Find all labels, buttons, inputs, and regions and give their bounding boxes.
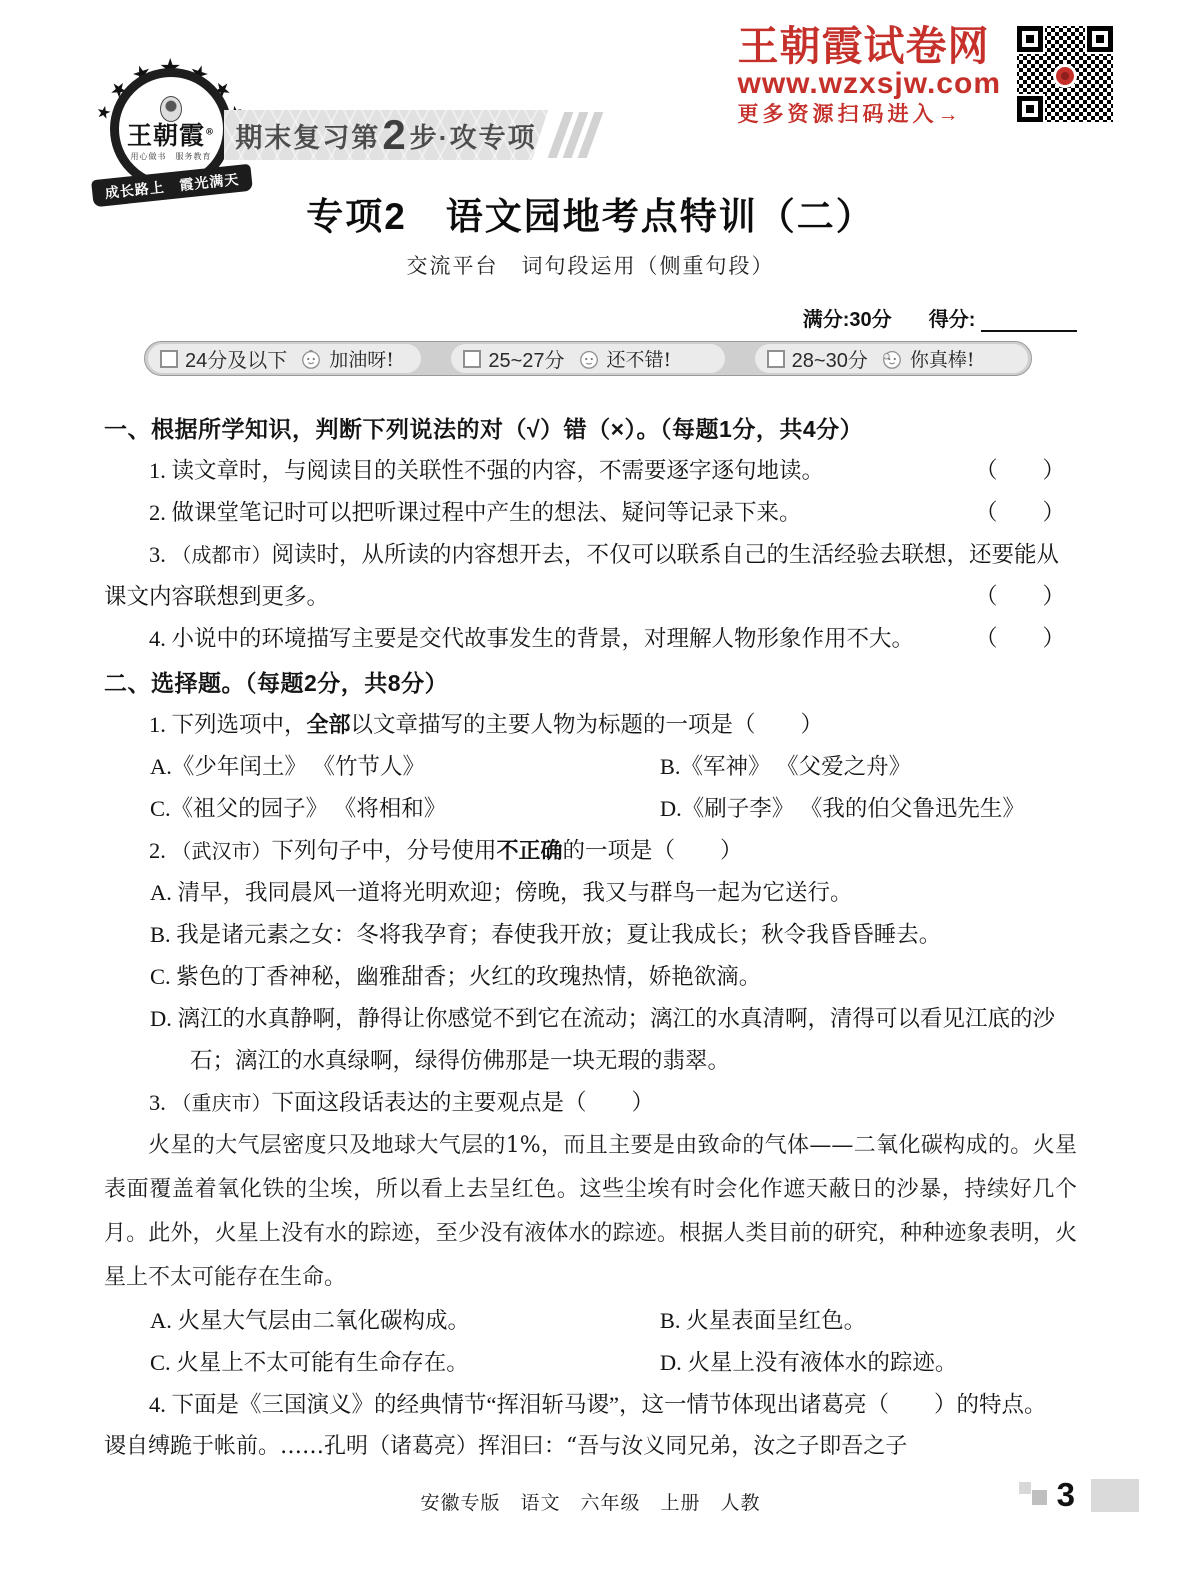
score-checkbox[interactable] [767,350,785,368]
choice-question-1-options: A.《少年闰土》 《竹节人》 B.《军神》 《父爱之舟》 C.《祖父的园子》 《… [104,746,1077,830]
option-c[interactable]: C. 火星上不太可能有生命存在。 [150,1342,660,1384]
banner-text-pre: 期末复习第 [235,116,380,155]
worksheet-page: 王朝霞试卷网 www.wzxsjw.com 更多资源扫码进入→ ★ ★ ★ ★ … [0,0,1181,1582]
option-c[interactable]: C.《祖父的园子》 《将相和》 [150,788,660,830]
question-text: 2. 做课堂笔记时可以把听课过程中产生的想法、疑问等记录下来。 [149,500,802,525]
judge-question-2: 2. 做课堂笔记时可以把听课过程中产生的想法、疑问等记录下来。 （ ） [104,492,1077,534]
option-b[interactable]: B. 我是诸元素之女：冬将我孕育；春使我开放；夏让我成长；秋令我昏昏睡去。 [104,914,1077,956]
banner-step-number: 2 [382,114,407,156]
page-subtitle: 交流平台 词句段运用（侧重句段） [0,250,1181,280]
portrait-icon [160,96,182,122]
judge-question-1: 1. 读文章时，与阅读目的关联性不强的内容，不需要逐字逐句地读。 （ ） [104,450,1077,492]
reading-passage: 火星的大气层密度只及地球大气层的1%，而且主要是由致命的气体——二氧化碳构成的。… [104,1124,1077,1300]
score-range-label: 25~27分 [488,344,564,373]
answer-bracket[interactable]: （ ） [930,618,1065,660]
option-a[interactable]: A.《少年闰土》 《竹节人》 [150,746,660,788]
quote-excerpt: 谡自缚跪于帐前。……孔明（诸葛亮）挥泪曰：“吾与汝义同兄弟，汝之子即吾之子 [104,1426,1077,1468]
city-tag: （重庆市） [172,1091,272,1115]
score-range-label: 28~30分 [792,344,868,373]
option-c[interactable]: C. 紫色的丁香神秘，幽雅甜香；火红的玫瑰热情，娇艳欲滴。 [104,956,1077,998]
score-comment: 还不错! [607,345,672,372]
decorative-strip [1091,1479,1139,1512]
brand-block: 王朝霞试卷网 www.wzxsjw.com 更多资源扫码进入→ [737,24,1115,126]
question-text: 的一项是（ ） [563,838,743,863]
smiley-face-icon [300,348,322,370]
badge-slogan: 用心做书 服务教育 [131,151,212,162]
option-a[interactable]: A. 清早，我同晨风一道将光明欢迎；傍晚，我又与群鸟一起为它送行。 [104,872,1077,914]
page-number: 3 [1057,1476,1075,1514]
question-text: 下列句子中，分号使用 [272,838,497,863]
option-b[interactable]: B.《军神》 《父爱之舟》 [660,746,1077,788]
answer-bracket[interactable]: （ ） [930,576,1065,618]
full-score-label: 满分:30分 [803,309,892,331]
score-comment: 加油呀! [329,345,394,372]
banner-text-post: 步·攻专项 [410,116,537,155]
option-d[interactable]: D. 漓江的水真静啊，静得让你感觉不到它在流动；漓江的水真清啊，清得可以看见江底… [104,998,1077,1082]
answer-bracket[interactable]: （ ） [930,450,1065,492]
score-label: 得分: [929,309,976,331]
section-1-heading: 一、根据所学知识，判断下列说法的对（√）错（×）。（每题1分，共4分） [104,408,1077,450]
question-number: 2. [149,838,172,863]
choice-question-3-options: A. 火星大气层由二氧化碳构成。 B. 火星表面呈红色。 C. 火星上不太可能有… [104,1300,1077,1384]
footer-edition-info: 安徽专版 语文 六年级 上册 人教 [0,1488,1181,1515]
score-checkbox[interactable] [160,350,178,368]
brand-tagline: 更多资源扫码进入→ [737,104,1001,127]
city-tag: （武汉市） [172,839,272,863]
smiley-face-icon [578,348,600,370]
score-rating-bar: 24分及以下 加油呀! 25~27分 还不错! 28~30分 你真棒! [144,341,1032,376]
judge-question-4: 4. 小说中的环境描写主要是交代故事发生的背景，对理解人物形象作用不大。 （ ） [104,618,1077,660]
option-a[interactable]: A. 火星大气层由二氧化碳构成。 [150,1300,660,1342]
score-range-label: 24分及以下 [185,344,287,373]
score-checkbox[interactable] [463,350,481,368]
option-b[interactable]: B. 火星表面呈红色。 [660,1300,1077,1342]
qr-code-icon [1015,24,1115,124]
brand-site-url: www.wzxsjw.com [737,68,1001,100]
bold-keyword: 全部 [307,712,351,737]
smiley-face-icon [881,348,903,370]
city-tag: （成都市） [172,543,272,567]
question-text: 4. 小说中的环境描写主要是交代故事发生的背景，对理解人物形象作用不大。 [149,626,914,651]
badge-name: 王朝霞® [127,123,215,148]
page-title: 专项2 语文园地考点特训（二） [0,186,1181,240]
option-d[interactable]: D.《刷子李》 《我的伯父鲁迅先生》 [660,788,1077,830]
choice-question-3: 3. （重庆市）下面这段话表达的主要观点是（ ） [104,1082,1077,1124]
question-text: 1. 下列选项中， [149,712,307,737]
score-segment-low: 24分及以下 加油呀! [148,344,421,373]
decorative-squares [1019,1480,1049,1510]
choice-question-2: 2. （武汉市）下列句子中，分号使用不正确的一项是（ ） [104,830,1077,872]
score-comment: 你真棒! [910,345,975,372]
decorative-square [1032,1490,1047,1505]
judge-question-3: 3. （成都市）阅读时，从所读的内容想开去，不仅可以联系自己的生活经验去联想，还… [104,534,1077,618]
score-segment-mid: 25~27分 还不错! [451,344,724,373]
score-segment-high: 28~30分 你真棒! [755,344,1028,373]
score-line: 满分:30分 得分: [803,303,1077,332]
question-text: 以文章描写的主要人物为标题的一项是（ ） [351,712,824,737]
option-d[interactable]: D. 火星上没有液体水的踪迹。 [660,1342,1077,1384]
question-number: 3. [149,542,172,567]
step-banner: 期末复习第 2 步·攻专项 [224,110,548,160]
choice-question-1: 1. 下列选项中，全部以文章描写的主要人物为标题的一项是（ ） [104,704,1077,746]
question-text: 1. 读文章时，与阅读目的关联性不强的内容，不需要逐字逐句地读。 [149,458,824,483]
brand-text: 王朝霞试卷网 www.wzxsjw.com 更多资源扫码进入→ [737,24,1001,126]
score-blank-line [981,311,1077,332]
answer-bracket[interactable]: （ ） [930,492,1065,534]
choice-question-4: 4. 下面是《三国演义》的经典情节“挥泪斩马谡”，这一情节体现出诸葛亮（ ）的特… [104,1384,1077,1426]
worksheet-body: 一、根据所学知识，判断下列说法的对（√）错（×）。（每题1分，共4分） 1. 读… [104,406,1077,1468]
question-text: 下面这段话表达的主要观点是（ ） [272,1090,655,1115]
decorative-square [1019,1482,1031,1494]
page-number-block: 3 [1019,1476,1139,1514]
question-number: 3. [149,1090,172,1115]
registered-mark: ® [205,128,215,138]
brand-site-name: 王朝霞试卷网 [737,24,1001,68]
section-2-heading: 二、选择题。（每题2分，共8分） [104,662,1077,704]
bold-keyword: 不正确 [497,838,563,863]
